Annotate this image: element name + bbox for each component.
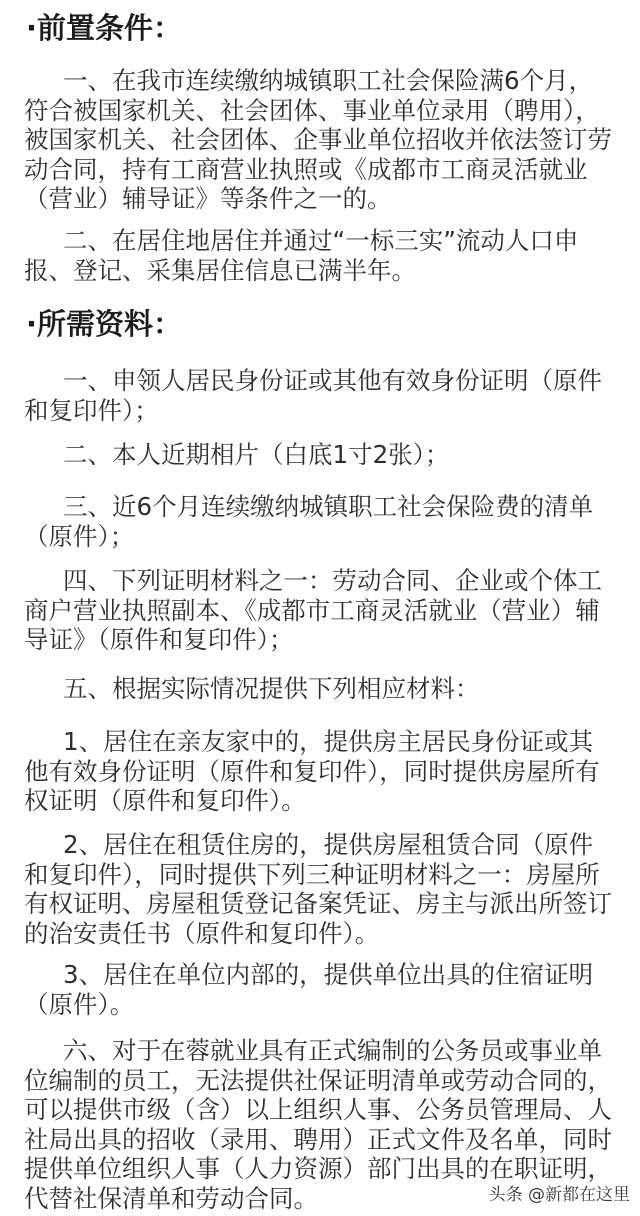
paragraph-line: 3、居住在单位内部的，提供单位出具的住宿证明: [24, 960, 624, 990]
paragraph-line: 和复印件），同时提供下列三种证明材料之一：房屋所: [24, 860, 624, 890]
paragraph-line: 社局出具的招收（录用、聘用）正式文件及名单，同时: [24, 1125, 624, 1155]
paragraph-material-5-1: 1、居住在亲友家中的，提供房主居民身份证或其 他有效身份证明（原件和复印件），同…: [24, 727, 624, 816]
paragraph-line: 五、根据实际情况提供下列相应材料：: [24, 674, 624, 704]
paragraph-line: 有权证明、房屋租赁登记备案凭证、房主与派出所签订: [24, 889, 624, 919]
paragraph-line: 可以提供市级（含）以上组织人事、公务员管理局、人: [24, 1095, 624, 1125]
paragraph-line: 他有效身份证明（原件和复印件），同时提供房屋所有: [24, 757, 624, 787]
paragraph-line: 一、在我市连续缴纳城镇职工社会保险满6个月，: [24, 66, 624, 96]
paragraph-line: 符合被国家机关、社会团体、事业单位录用（聘用），: [24, 96, 624, 126]
source-watermark: 头条 @新都在这里: [489, 1180, 630, 1205]
paragraph-material-5: 五、根据实际情况提供下列相应材料：: [24, 674, 624, 704]
paragraph-line: 的治安责任书（原件和复印件）。: [24, 919, 624, 949]
paragraph-material-5-2: 2、居住在租赁住房的，提供房屋租赁合同（原件 和复印件），同时提供下列三种证明材…: [24, 830, 624, 948]
paragraph-line: （原件）。: [24, 990, 624, 1020]
paragraph-material-5-3: 3、居住在单位内部的，提供单位出具的住宿证明 （原件）。: [24, 960, 624, 1019]
paragraph-line: 1、居住在亲友家中的，提供房主居民身份证或其: [24, 727, 624, 757]
section-heading-prerequisites: ·前置条件：: [26, 10, 182, 46]
paragraph-line: 权证明（原件和复印件）。: [24, 786, 624, 816]
paragraph-line: 四、下列证明材料之一：劳动合同、企业或个体工: [24, 566, 624, 596]
paragraph-line: 六、对于在蓉就业具有正式编制的公务员或事业单: [24, 1036, 624, 1066]
paragraph-line: 和复印件）；: [24, 396, 624, 426]
paragraph-prerequisite-1: 一、在我市连续缴纳城镇职工社会保险满6个月， 符合被国家机关、社会团体、事业单位…: [24, 66, 624, 214]
document-page: ·前置条件： 一、在我市连续缴纳城镇职工社会保险满6个月， 符合被国家机关、社会…: [0, 0, 640, 1216]
paragraph-line: 位编制的员工，无法提供社保证明清单或劳动合同的，: [24, 1066, 624, 1096]
section-heading-required-materials: ·所需资料：: [26, 306, 182, 342]
paragraph-line: 被国家机关、社会团体、企事业单位招收并依法签订劳: [24, 125, 624, 155]
paragraph-line: 动合同，持有工商营业执照或《成都市工商灵活就业: [24, 155, 624, 185]
paragraph-prerequisite-2: 二、在居住地居住并通过“一标三实”流动人口申 报、登记、采集居住信息已满半年。: [24, 226, 624, 285]
paragraph-material-3: 三、近6个月连续缴纳城镇职工社会保险费的清单 （原件）；: [24, 492, 624, 551]
paragraph-line: 二、本人近期相片（白底1寸2张）；: [24, 440, 624, 470]
paragraph-material-4: 四、下列证明材料之一：劳动合同、企业或个体工 商户营业执照副本、《成都市工商灵活…: [24, 566, 624, 655]
paragraph-material-1: 一、申领人居民身份证或其他有效身份证明（原件 和复印件）；: [24, 366, 624, 425]
paragraph-line: 2、居住在租赁住房的，提供房屋租赁合同（原件: [24, 830, 624, 860]
paragraph-material-2: 二、本人近期相片（白底1寸2张）；: [24, 440, 624, 470]
paragraph-line: 二、在居住地居住并通过“一标三实”流动人口申: [24, 226, 624, 256]
paragraph-line: 三、近6个月连续缴纳城镇职工社会保险费的清单: [24, 492, 624, 522]
paragraph-line: （营业）辅导证》等条件之一的。: [24, 184, 624, 214]
paragraph-line: （原件）；: [24, 522, 624, 552]
paragraph-line: 商户营业执照副本、《成都市工商灵活就业（营业）辅: [24, 596, 624, 626]
paragraph-line: 报、登记、采集居住信息已满半年。: [24, 256, 624, 286]
paragraph-line: 一、申领人居民身份证或其他有效身份证明（原件: [24, 366, 624, 396]
paragraph-line: 导证》（原件和复印件）；: [24, 625, 624, 655]
